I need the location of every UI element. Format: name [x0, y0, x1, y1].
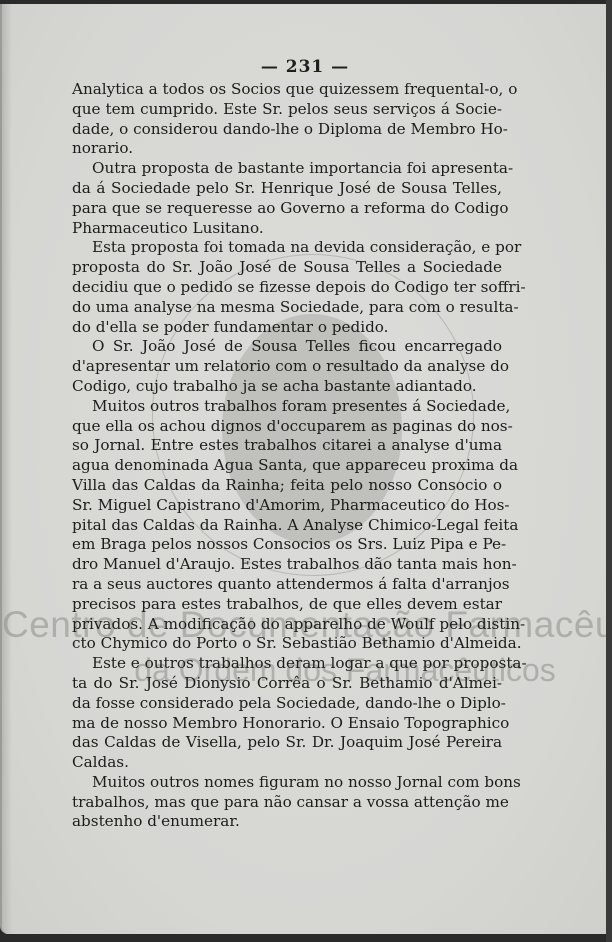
- text-line: so Jornal. Entre estes trabalhos citarei…: [72, 436, 502, 456]
- text-line: em Braga pelos nossos Consocios os Srs. …: [72, 535, 502, 555]
- text-line: proposta do Sr. João José de Sousa Telle…: [72, 258, 502, 278]
- text-line: do d'ella se poder fundamentar o pedido.: [72, 318, 502, 338]
- text-line: do uma analyse na mesma Sociedade, para …: [72, 298, 502, 318]
- body-text: Analytica a todos os Socios que quizesse…: [72, 80, 502, 832]
- text-line: da á Sociedade pelo Sr. Henrique José de…: [72, 179, 502, 199]
- paragraph: Esta proposta foi tomada na devida consi…: [72, 238, 502, 337]
- text-line: das Caldas de Visella, pelo Sr. Dr. Joaq…: [72, 733, 502, 753]
- text-line: agua denominada Agua Santa, que apparece…: [72, 456, 502, 476]
- text-line: d'apresentar um relatorio com o resultad…: [72, 357, 502, 377]
- text-line: norario.: [72, 139, 502, 159]
- text-line: Esta proposta foi tomada na devida consi…: [72, 238, 502, 258]
- text-line: Villa das Caldas da Rainha; feita pelo n…: [72, 476, 502, 496]
- text-line: Este e outros trabalhos deram logar a qu…: [72, 654, 502, 674]
- text-line: privados. A modificação do apparelho de …: [72, 615, 502, 635]
- text-line: Codigo, cujo trabalho ja se acha bastant…: [72, 377, 502, 397]
- scanned-page: Centro de Documentação Farmacêutica da O…: [0, 4, 608, 934]
- text-line: ta do Sr. José Dionysio Corrêa o Sr. Bet…: [72, 674, 502, 694]
- text-line: Muitos outros trabalhos foram presentes …: [72, 397, 502, 417]
- text-line: trabalhos, mas que para não cansar a vos…: [72, 793, 502, 813]
- text-line: da fosse considerado pela Sociedade, dan…: [72, 694, 502, 714]
- text-line: ma de nosso Membro Honorario. O Ensaio T…: [72, 714, 502, 734]
- paragraph: O Sr. João José de Sousa Telles ficou en…: [72, 337, 502, 396]
- text-line: para que se requeresse ao Governo a refo…: [72, 199, 502, 219]
- page-gutter-shadow: [2, 4, 12, 934]
- text-line: dade, o considerou dando-lhe o Diploma d…: [72, 120, 502, 140]
- text-line: Muitos outros nomes figuram no nosso Jor…: [72, 773, 502, 793]
- text-line: cto Chymico do Porto o Sr. Sebastião Bet…: [72, 634, 502, 654]
- paragraph: Muitos outros nomes figuram no nosso Jor…: [72, 773, 502, 832]
- text-line: decidiu que o pedido se fizesse depois d…: [72, 278, 502, 298]
- text-line: Analytica a todos os Socios que quizesse…: [72, 80, 502, 100]
- text-line: pital das Caldas da Rainha. A Analyse Ch…: [72, 516, 502, 536]
- scan-border: [606, 0, 612, 942]
- text-line: ra a seus auctores quanto attendermos á …: [72, 575, 502, 595]
- text-line: Outra proposta de bastante importancia f…: [72, 159, 502, 179]
- text-line: Sr. Miguel Capistrano d'Amorim, Pharmace…: [72, 496, 502, 516]
- text-line: dro Manuel d'Araujo. Estes trabalhos dão…: [72, 555, 502, 575]
- text-line: Pharmaceutico Lusitano.: [72, 219, 502, 239]
- text-line: que tem cumprido. Este Sr. pelos seus se…: [72, 100, 502, 120]
- text-line: O Sr. João José de Sousa Telles ficou en…: [72, 337, 502, 357]
- text-line: abstenho d'enumerar.: [72, 812, 502, 832]
- paragraph: Este e outros trabalhos deram logar a qu…: [72, 654, 502, 773]
- paragraph: Muitos outros trabalhos foram presentes …: [72, 397, 502, 654]
- text-line: Caldas.: [72, 753, 502, 773]
- page-number: — 231 —: [2, 57, 608, 77]
- paragraph: Analytica a todos os Socios que quizesse…: [72, 80, 502, 159]
- text-line: precisos para estes trabalhos, de que el…: [72, 595, 502, 615]
- paragraph: Outra proposta de bastante importancia f…: [72, 159, 502, 238]
- text-line: que ella os achou dignos d'occuparem as …: [72, 417, 502, 437]
